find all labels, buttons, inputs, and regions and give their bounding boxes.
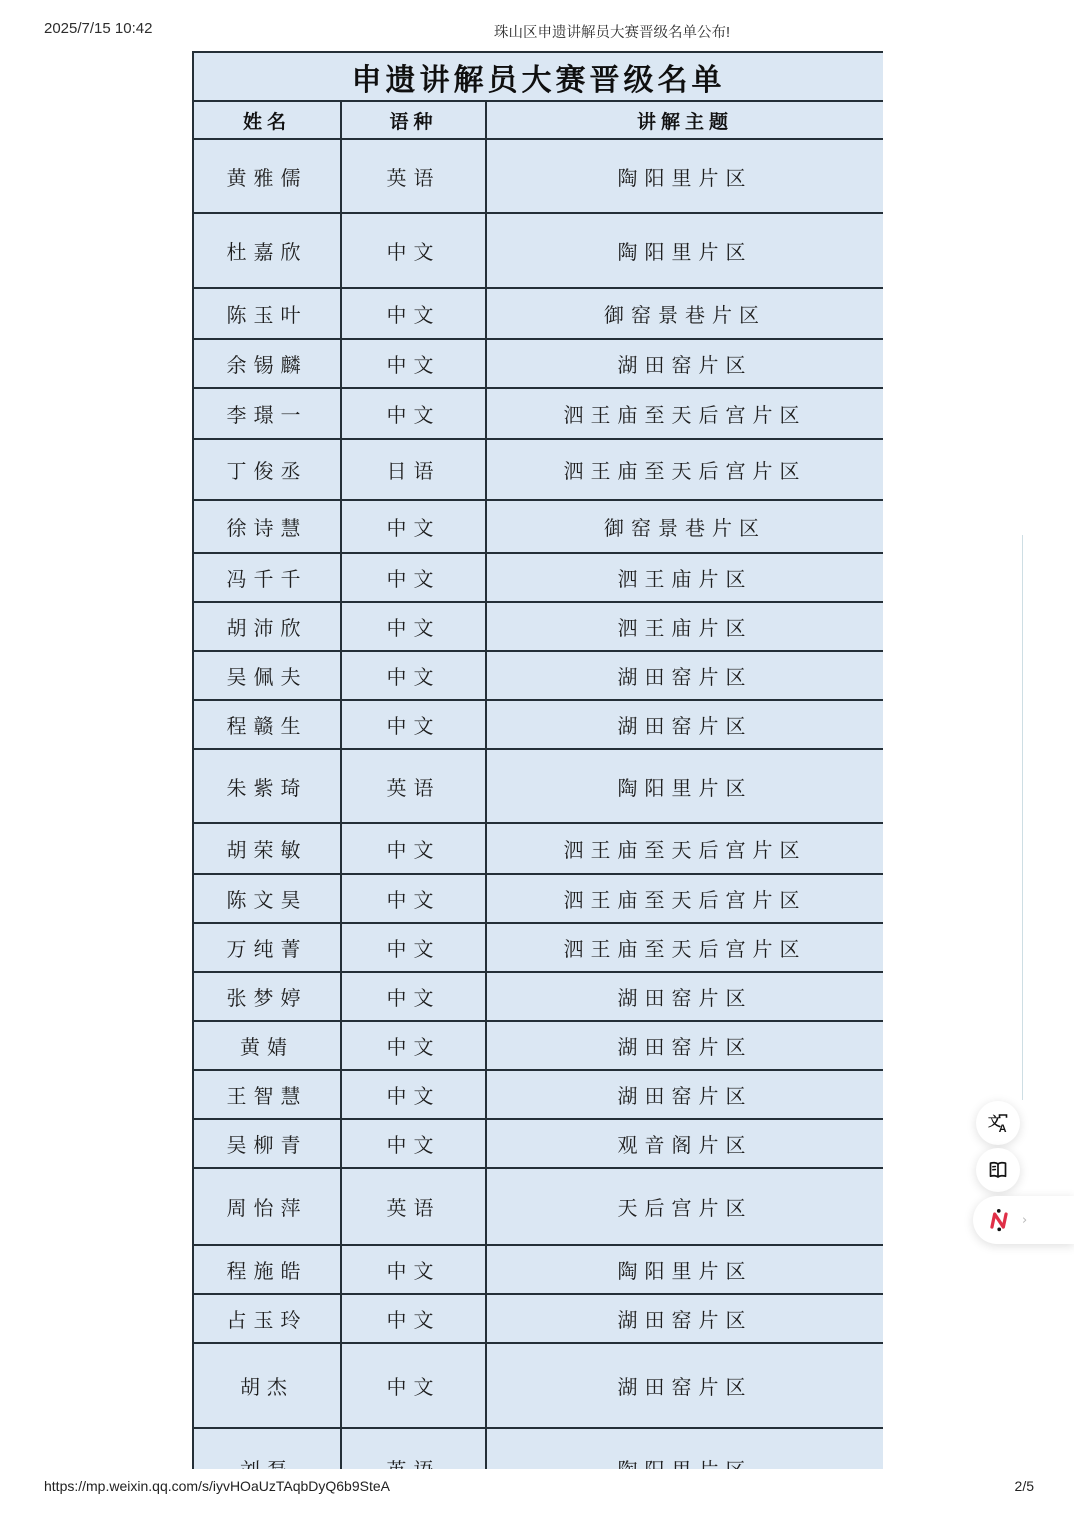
theme-cell: 湖田窑片区 xyxy=(486,1343,883,1428)
language-cell: 日语 xyxy=(341,439,486,500)
column-header-theme: 讲解主题 xyxy=(486,101,883,139)
language-cell: 中文 xyxy=(341,700,486,749)
name-cell: 胡荣敏 xyxy=(193,823,341,874)
table-row: 王智慧中文湖田窑片区 xyxy=(193,1070,883,1119)
table-row: 张梦婷中文湖田窑片区 xyxy=(193,972,883,1021)
column-header-language: 语种 xyxy=(341,101,486,139)
language-cell: 英语 xyxy=(341,749,486,823)
document-title: 珠山区申遗讲解员大赛晋级名单公布! xyxy=(494,21,730,42)
name-cell: 杜嘉欣 xyxy=(193,213,341,288)
source-url: https://mp.weixin.qq.com/s/iyvHOaUzTAqbD… xyxy=(44,1478,390,1494)
theme-cell: 御窑景巷片区 xyxy=(486,288,883,339)
language-cell: 中文 xyxy=(341,874,486,923)
translate-button[interactable]: 文 A xyxy=(976,1101,1020,1145)
name-cell: 王智慧 xyxy=(193,1070,341,1119)
theme-cell: 泗王庙至天后宫片区 xyxy=(486,439,883,500)
name-cell: 黄雅儒 xyxy=(193,139,341,213)
table-row: 冯千千中文泗王庙片区 xyxy=(193,553,883,602)
theme-cell: 御窑景巷片区 xyxy=(486,500,883,553)
name-cell: 刘磊 xyxy=(193,1428,341,1469)
theme-cell: 陶阳里片区 xyxy=(486,213,883,288)
table-row: 胡荣敏中文泗王庙至天后宫片区 xyxy=(193,823,883,874)
name-cell: 徐诗慧 xyxy=(193,500,341,553)
language-cell: 中文 xyxy=(341,651,486,700)
language-cell: 中文 xyxy=(341,1294,486,1343)
name-cell: 程施皓 xyxy=(193,1245,341,1294)
language-cell: 中文 xyxy=(341,602,486,651)
language-cell: 中文 xyxy=(341,1070,486,1119)
language-cell: 中文 xyxy=(341,1245,486,1294)
theme-cell: 观音阁片区 xyxy=(486,1119,883,1168)
translate-icon: 文 A xyxy=(986,1111,1010,1135)
reader-mode-icon xyxy=(986,1158,1010,1182)
table-row: 吴佩夫中文湖田窑片区 xyxy=(193,651,883,700)
language-cell: 中文 xyxy=(341,213,486,288)
language-cell: 中文 xyxy=(341,339,486,388)
theme-cell: 湖田窑片区 xyxy=(486,700,883,749)
theme-cell: 泗王庙至天后宫片区 xyxy=(486,923,883,972)
table-row: 黄婧中文湖田窑片区 xyxy=(193,1021,883,1070)
theme-cell: 天后宫片区 xyxy=(486,1168,883,1245)
table-row: 胡沛欣中文泗王庙片区 xyxy=(193,602,883,651)
name-cell: 李璟一 xyxy=(193,388,341,439)
theme-cell: 泗王庙至天后宫片区 xyxy=(486,823,883,874)
name-cell: 余锡麟 xyxy=(193,339,341,388)
name-cell: 陈文昊 xyxy=(193,874,341,923)
table-row: 胡杰中文湖田窑片区 xyxy=(193,1343,883,1428)
table-row: 余锡麟中文湖田窑片区 xyxy=(193,339,883,388)
column-header-name: 姓名 xyxy=(193,101,341,139)
table-row: 杜嘉欣中文陶阳里片区 xyxy=(193,213,883,288)
red-network-icon xyxy=(986,1207,1012,1233)
language-cell: 中文 xyxy=(341,923,486,972)
table-body: 申遗讲解员大赛晋级名单 姓名 语种 讲解主题 黄雅儒英语陶阳里片区杜嘉欣中文陶阳… xyxy=(193,52,883,1469)
roster-table-container: 申遗讲解员大赛晋级名单 姓名 语种 讲解主题 黄雅儒英语陶阳里片区杜嘉欣中文陶阳… xyxy=(192,51,883,1469)
table-row: 朱紫琦英语陶阳里片区 xyxy=(193,749,883,823)
svg-text:A: A xyxy=(999,1123,1007,1135)
theme-cell: 湖田窑片区 xyxy=(486,339,883,388)
table-header-row: 姓名 语种 讲解主题 xyxy=(193,101,883,139)
theme-cell: 湖田窑片区 xyxy=(486,1294,883,1343)
table-title: 申遗讲解员大赛晋级名单 xyxy=(193,52,883,101)
theme-cell: 泗王庙片区 xyxy=(486,602,883,651)
page-number: 2/5 xyxy=(1015,1478,1034,1494)
language-cell: 中文 xyxy=(341,553,486,602)
name-cell: 吴柳青 xyxy=(193,1119,341,1168)
language-cell: 中文 xyxy=(341,972,486,1021)
language-cell: 英语 xyxy=(341,1168,486,1245)
name-cell: 吴佩夫 xyxy=(193,651,341,700)
name-cell: 丁俊丞 xyxy=(193,439,341,500)
name-cell: 万纯菁 xyxy=(193,923,341,972)
language-cell: 英语 xyxy=(341,139,486,213)
table-row: 吴柳青中文观音阁片区 xyxy=(193,1119,883,1168)
name-cell: 张梦婷 xyxy=(193,972,341,1021)
language-cell: 中文 xyxy=(341,500,486,553)
language-cell: 中文 xyxy=(341,388,486,439)
name-cell: 占玉玲 xyxy=(193,1294,341,1343)
name-cell: 朱紫琦 xyxy=(193,749,341,823)
extension-widget-button[interactable]: › xyxy=(973,1196,1074,1244)
table-row: 丁俊丞日语泗王庙至天后宫片区 xyxy=(193,439,883,500)
table-row: 程赣生中文湖田窑片区 xyxy=(193,700,883,749)
table-row: 程施皓中文陶阳里片区 xyxy=(193,1245,883,1294)
theme-cell: 陶阳里片区 xyxy=(486,1245,883,1294)
name-cell: 胡沛欣 xyxy=(193,602,341,651)
table-row: 刘磊英语陶阳里片区 xyxy=(193,1428,883,1469)
table-row: 徐诗慧中文御窑景巷片区 xyxy=(193,500,883,553)
table-row: 周怡萍英语天后宫片区 xyxy=(193,1168,883,1245)
theme-cell: 陶阳里片区 xyxy=(486,749,883,823)
print-datetime: 2025/7/15 10:42 xyxy=(44,20,152,37)
language-cell: 英语 xyxy=(341,1428,486,1469)
table-row: 占玉玲中文湖田窑片区 xyxy=(193,1294,883,1343)
theme-cell: 湖田窑片区 xyxy=(486,651,883,700)
table-row: 陈玉叶中文御窑景巷片区 xyxy=(193,288,883,339)
page-divider-line xyxy=(1022,535,1023,1100)
table-row: 万纯菁中文泗王庙至天后宫片区 xyxy=(193,923,883,972)
name-cell: 程赣生 xyxy=(193,700,341,749)
table-row: 陈文昊中文泗王庙至天后宫片区 xyxy=(193,874,883,923)
name-cell: 冯千千 xyxy=(193,553,341,602)
print-preview-page: 2025/7/15 10:42 珠山区申遗讲解员大赛晋级名单公布! 申遗讲解员大… xyxy=(0,0,1074,1520)
theme-cell: 湖田窑片区 xyxy=(486,1021,883,1070)
roster-table: 申遗讲解员大赛晋级名单 姓名 语种 讲解主题 黄雅儒英语陶阳里片区杜嘉欣中文陶阳… xyxy=(192,51,883,1469)
name-cell: 周怡萍 xyxy=(193,1168,341,1245)
table-row: 黄雅儒英语陶阳里片区 xyxy=(193,139,883,213)
table-row: 李璟一中文泗王庙至天后宫片区 xyxy=(193,388,883,439)
language-cell: 中文 xyxy=(341,1119,486,1168)
chevron-right-icon: › xyxy=(1022,1214,1027,1227)
name-cell: 胡杰 xyxy=(193,1343,341,1428)
language-cell: 中文 xyxy=(341,823,486,874)
name-cell: 黄婧 xyxy=(193,1021,341,1070)
theme-cell: 陶阳里片区 xyxy=(486,139,883,213)
reader-mode-button[interactable] xyxy=(976,1148,1020,1192)
name-cell: 陈玉叶 xyxy=(193,288,341,339)
theme-cell: 泗王庙片区 xyxy=(486,553,883,602)
theme-cell: 湖田窑片区 xyxy=(486,972,883,1021)
theme-cell: 湖田窑片区 xyxy=(486,1070,883,1119)
theme-cell: 陶阳里片区 xyxy=(486,1428,883,1469)
theme-cell: 泗王庙至天后宫片区 xyxy=(486,874,883,923)
theme-cell: 泗王庙至天后宫片区 xyxy=(486,388,883,439)
table-title-row: 申遗讲解员大赛晋级名单 xyxy=(193,52,883,101)
language-cell: 中文 xyxy=(341,1343,486,1428)
language-cell: 中文 xyxy=(341,288,486,339)
language-cell: 中文 xyxy=(341,1021,486,1070)
